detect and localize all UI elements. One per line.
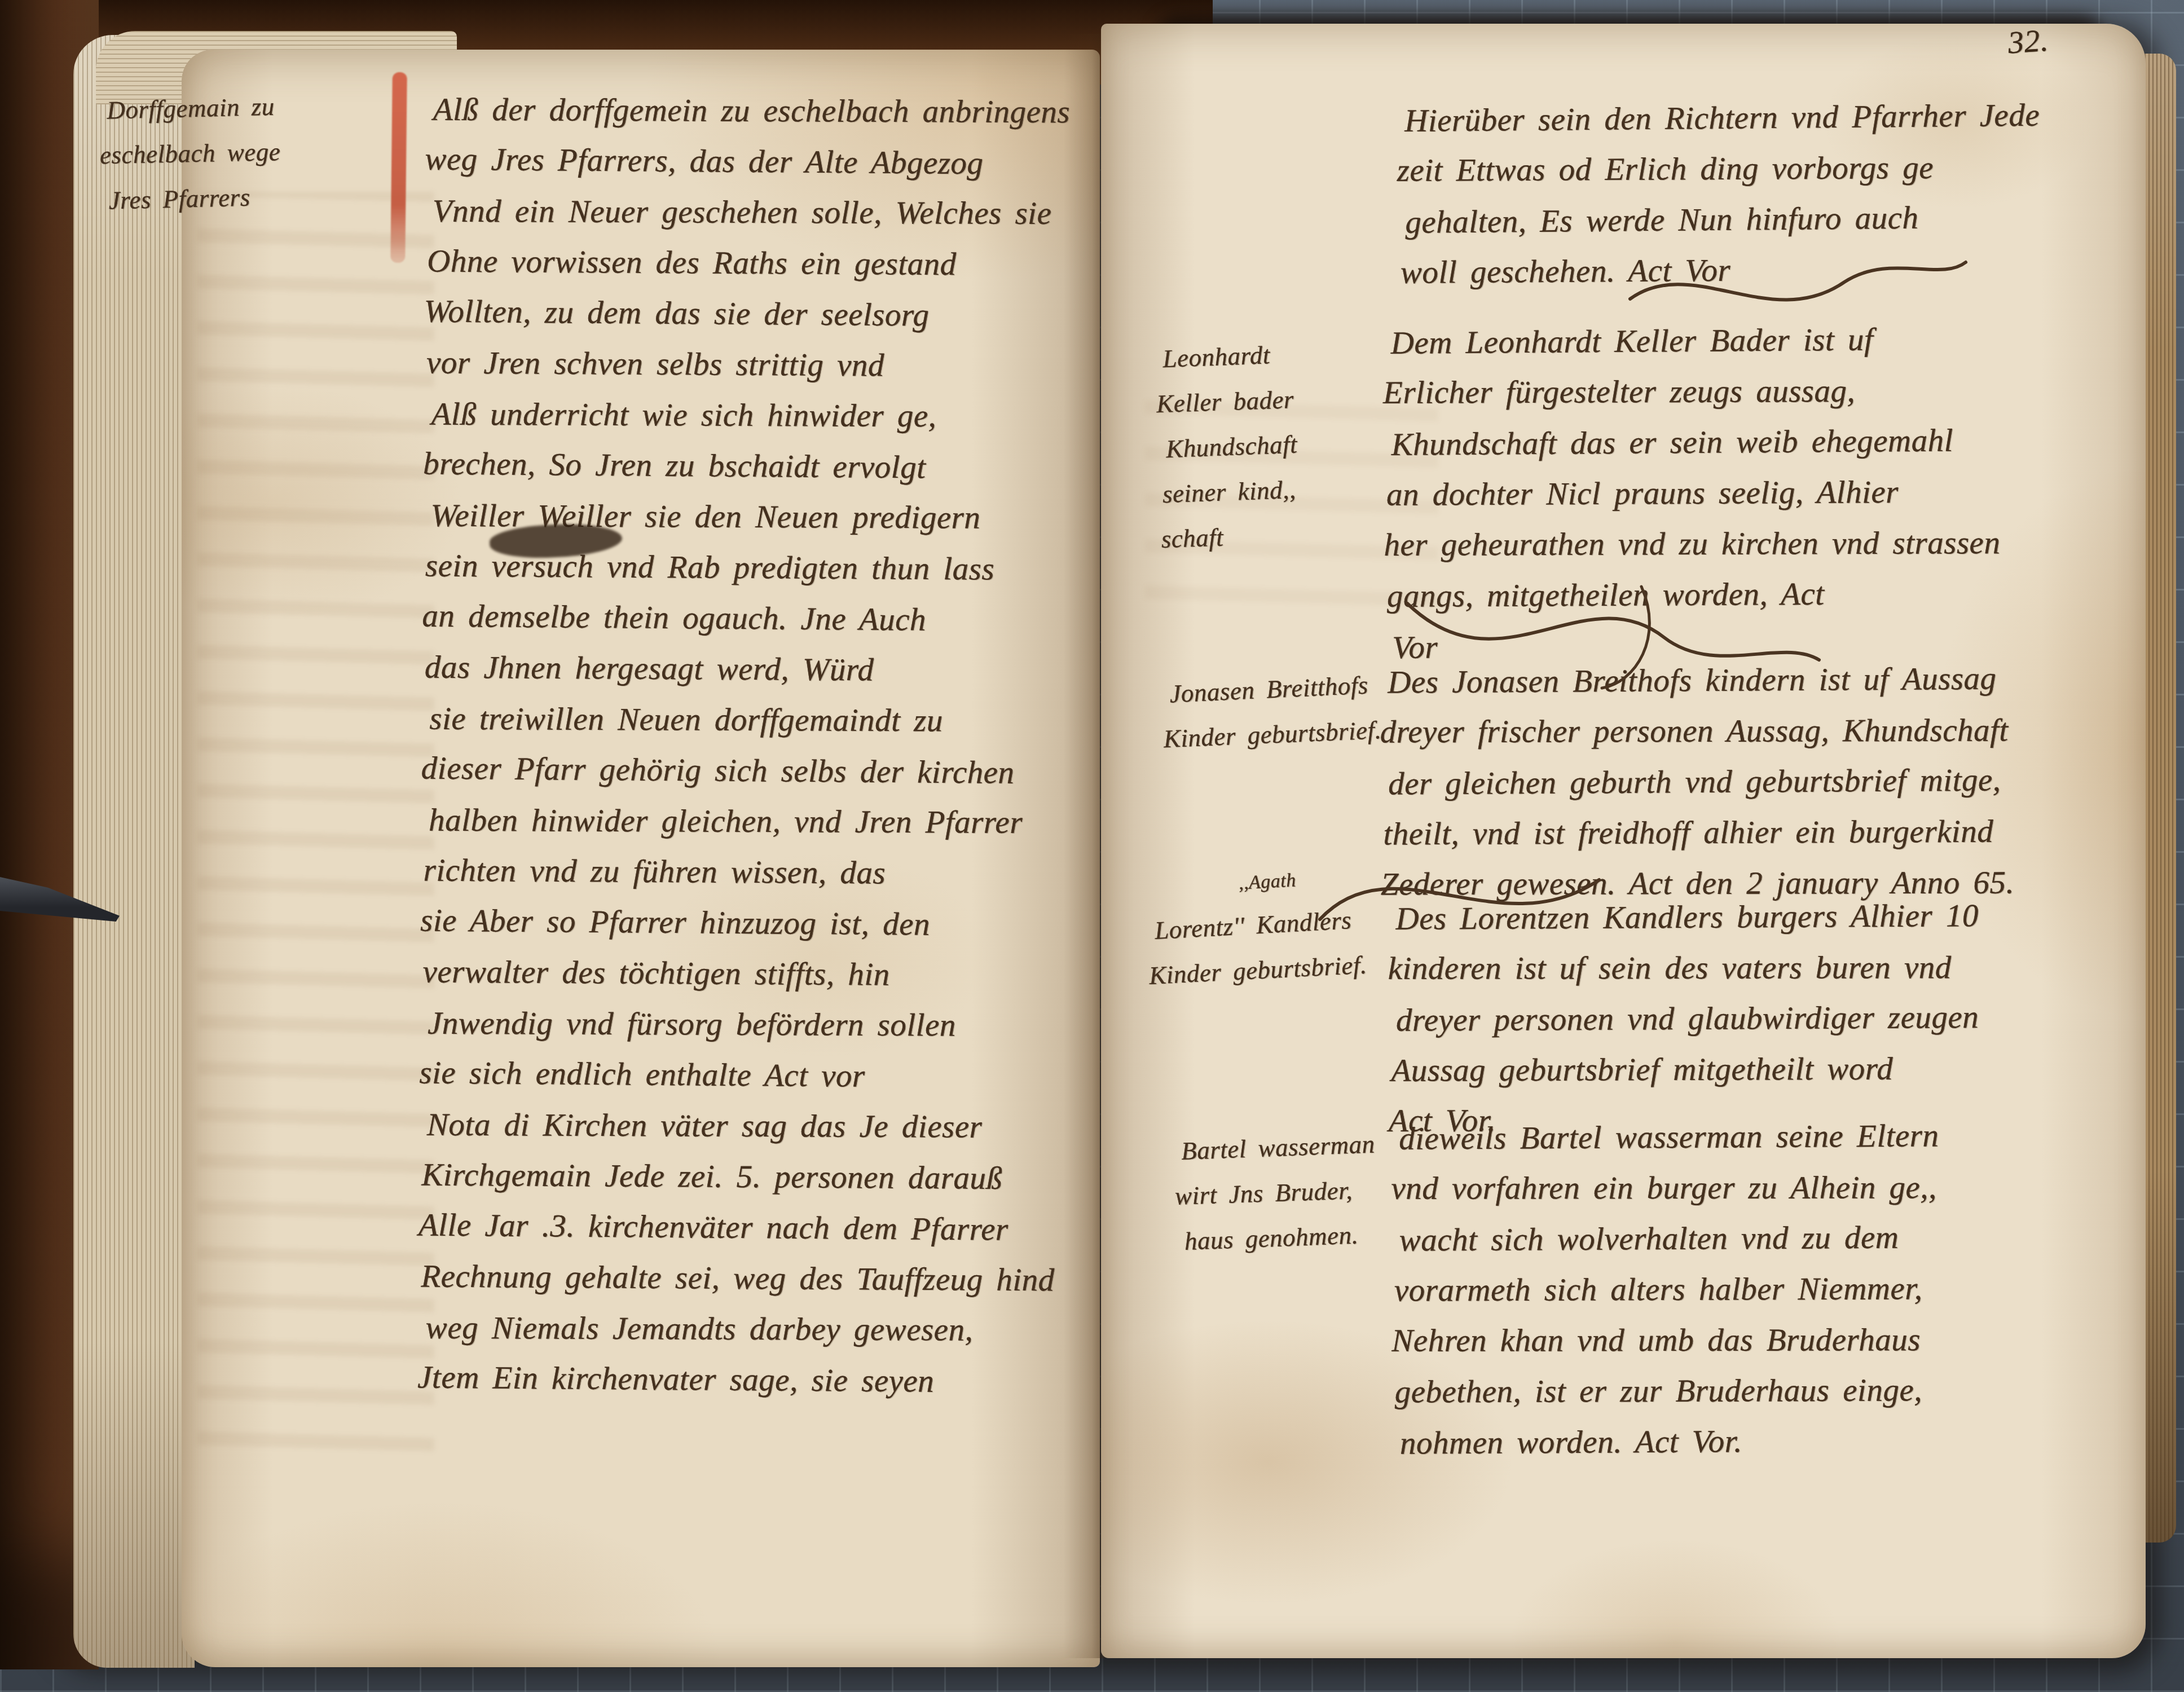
right-paragraph-2: Dem Leonhardt Keller Bader ist ufErliche… (1385, 314, 2004, 673)
handwritten-line: Aussag geburtsbrief mitgetheilt word (1391, 1043, 1974, 1096)
handwritten-line: vor Jren schven selbs strittig vnd (426, 338, 1064, 393)
handwritten-line: Nehren khan vnd umb das Bruderhaus (1392, 1315, 1938, 1367)
handwritten-line: an dochter Nicl prauns seelig, Alhier (1386, 466, 2003, 521)
handwritten-line: Dem Leonhardt Keller Bader ist uf (1390, 314, 2007, 369)
margin-note-jonasen: Jonasen BreitthofsKinder geburtsbrief. (1164, 662, 1385, 762)
handwritten-line: sie Aber so Pfarrer hinzuzog ist, den (420, 896, 1058, 951)
handwritten-line: gehalten, Es werde Nun hinfuro auch (1405, 192, 2041, 248)
page-stack-fore-edge-left (73, 35, 195, 1668)
handwritten-line: Jtem Ein kirchenvater sage, sie seyen (417, 1352, 1055, 1408)
handwritten-line: Alle Jar .3. kirchenväter nach dem Pfarr… (418, 1200, 1055, 1256)
handwritten-line: Jnwendig vnd fürsorg befördern sollen (428, 998, 1065, 1052)
handwritten-line: zeit Ettwas od Erlich ding vorborgs ge (1397, 142, 2032, 196)
handwritten-line: verwalter des töchtigen stiffts, hin (422, 947, 1060, 1002)
handwritten-line: dieweils Bartel wasserman seine Eltern (1399, 1111, 1945, 1164)
margin-note-line: schaft (1160, 512, 1299, 562)
handwritten-line: Alß underricht wie sich hinwider ge, (431, 389, 1068, 443)
handwritten-line: Alß der dorffgemein zu eschelbach anbrin… (433, 85, 1071, 138)
margin-note-line: Jres Pfarrers (108, 174, 290, 223)
handwritten-line: theilt, vnd ist freidhoff alhier ein bur… (1383, 807, 2017, 860)
handwritten-line: gebethen, ist er zur Bruderhaus einge, (1394, 1365, 1940, 1417)
margin-note-line: Khundschaft (1165, 421, 1305, 472)
margin-note-line: Bartel wasserman (1181, 1121, 1376, 1174)
right-paragraph-3: Des Jonasen Breithofs kindern ist uf Aus… (1382, 654, 2017, 911)
margin-note-line: Kinder geburtsbrief. (1163, 707, 1382, 761)
margin-note-line: haus genohmen. (1183, 1211, 1379, 1264)
handwritten-line: dieser Pfarr gehörig sich selbs der kirc… (421, 743, 1058, 799)
right-paragraph-1: Hierüber sein den Richtern vnd Pfarrher … (1399, 91, 2036, 298)
handwritten-line: nohmen worden. Act Vor. (1400, 1415, 1946, 1469)
margin-note-bartel: Bartel wassermanwirt Jns Bruder,haus gen… (1175, 1122, 1373, 1264)
margin-note-line: seiner kind,, (1161, 467, 1300, 517)
folio-number: 32. (2007, 23, 2050, 61)
handwritten-line: Ohne vorwissen des Raths ein gestand (427, 236, 1064, 291)
handwritten-line: der gleichen geburth vnd geburtsbrief mi… (1388, 755, 2022, 809)
handwritten-line: das Jhnen hergesagt werd, Würd (425, 642, 1062, 697)
left-margin-note: Dorffgemain zueschelbach wegeJres Pfarre… (102, 84, 285, 223)
red-chalk-mark (390, 72, 407, 263)
handwritten-line: dreyer personen vnd glaubwirdiger zeugen (1396, 992, 1979, 1046)
handwritten-line: richten vnd zu führen wissen, das (423, 845, 1060, 900)
handwritten-line: Khundschaft das er sein weib ehegemahl (1391, 415, 2007, 470)
margin-note-line: Dorffgemain zu (106, 83, 288, 133)
handwritten-line: wacht sich wolverhalten vnd zu dem (1399, 1212, 1945, 1266)
handwritten-line: vorarmeth sich alters halber Niemmer, (1394, 1263, 1940, 1316)
handwritten-line: Rechnung gehalte sei, weg des Tauffzeug … (421, 1252, 1058, 1306)
handwritten-line: kinderen ist uf sein des vaters buren vn… (1388, 942, 1971, 994)
right-paragraph-5: dieweils Bartel wasserman seine Elternvn… (1394, 1111, 1941, 1468)
handwritten-line: Des Lorentzen Kandlers burgers Alhier 10 (1395, 891, 1979, 945)
handwritten-line: Wollten, zu dem das sie der seelsorg (424, 287, 1061, 342)
handwritten-line: halben hinwider gleichen, vnd Jren Pfarr… (429, 795, 1066, 849)
handwritten-line: sie treiwillen Neuen dorffgemaindt zu (429, 694, 1067, 747)
manuscript-photo: Dorffgemain zueschelbach wegeJres Pfarre… (0, 0, 2184, 1692)
margin-note-lorentz: Lorentz'' KandlersKinder geburtsbrief. (1148, 897, 1371, 998)
margin-note-line: wirt Jns Bruder, (1174, 1167, 1370, 1219)
handwritten-line: Hierüber sein den Richtern vnd Pfarrher … (1404, 90, 2040, 147)
handwritten-line: Erlicher fürgestelter zeugs aussag, (1383, 365, 2000, 418)
handwritten-line: gangs, mitgetheilen worden, Act (1387, 568, 2004, 622)
right-paragraph-4: Des Lorentzen Kandlers burgers Alhier 10… (1390, 891, 1974, 1147)
handwritten-line: Nota di Kirchen väter sag das Je dieser (427, 1100, 1064, 1153)
margin-note-line: Keller bader (1156, 377, 1294, 426)
left-page-text: Alß der dorffgemein zu eschelbach anbrin… (420, 84, 1065, 1408)
handwritten-line: Kirchgemain Jede zei. 5. personen darauß (421, 1150, 1059, 1205)
handwritten-line: an demselbe thein ogauch. Jne Auch (422, 591, 1059, 647)
handwritten-line: Vnnd ein Neuer geschehen solle, Welches … (433, 186, 1070, 240)
handwritten-line: woll geschehen. Act Vor (1401, 243, 2036, 298)
margin-superscript-agath: ,,Agath (1238, 870, 1297, 894)
handwritten-line: weg Jres Pfarrers, das der Alte Abgezog (425, 134, 1062, 190)
handwritten-line: dreyer frischer personen Aussag, Khundsc… (1380, 706, 2014, 758)
handwritten-line: vnd vorfahren ein burger zu Alhein ge,, (1391, 1162, 1937, 1214)
handwritten-line: brechen, So Jren zu bschaidt ervolgt (423, 439, 1060, 495)
handwritten-line: sie sich endlich enthalte Act vor (419, 1048, 1056, 1104)
handwritten-line: weg Niemals Jemandts darbey gewesen, (426, 1303, 1063, 1356)
handwritten-line: her geheurathen vnd zu kirchen vnd stras… (1384, 518, 2000, 571)
margin-note-line: eschelbach wege (99, 129, 281, 178)
margin-note-leonhardt: LeonhardtKeller baderKhundschaftseiner k… (1157, 332, 1302, 562)
handwritten-line: Des Jonasen Breithofs kindern ist uf Aus… (1388, 653, 2022, 708)
margin-note-line: Leonhardt (1162, 331, 1301, 381)
